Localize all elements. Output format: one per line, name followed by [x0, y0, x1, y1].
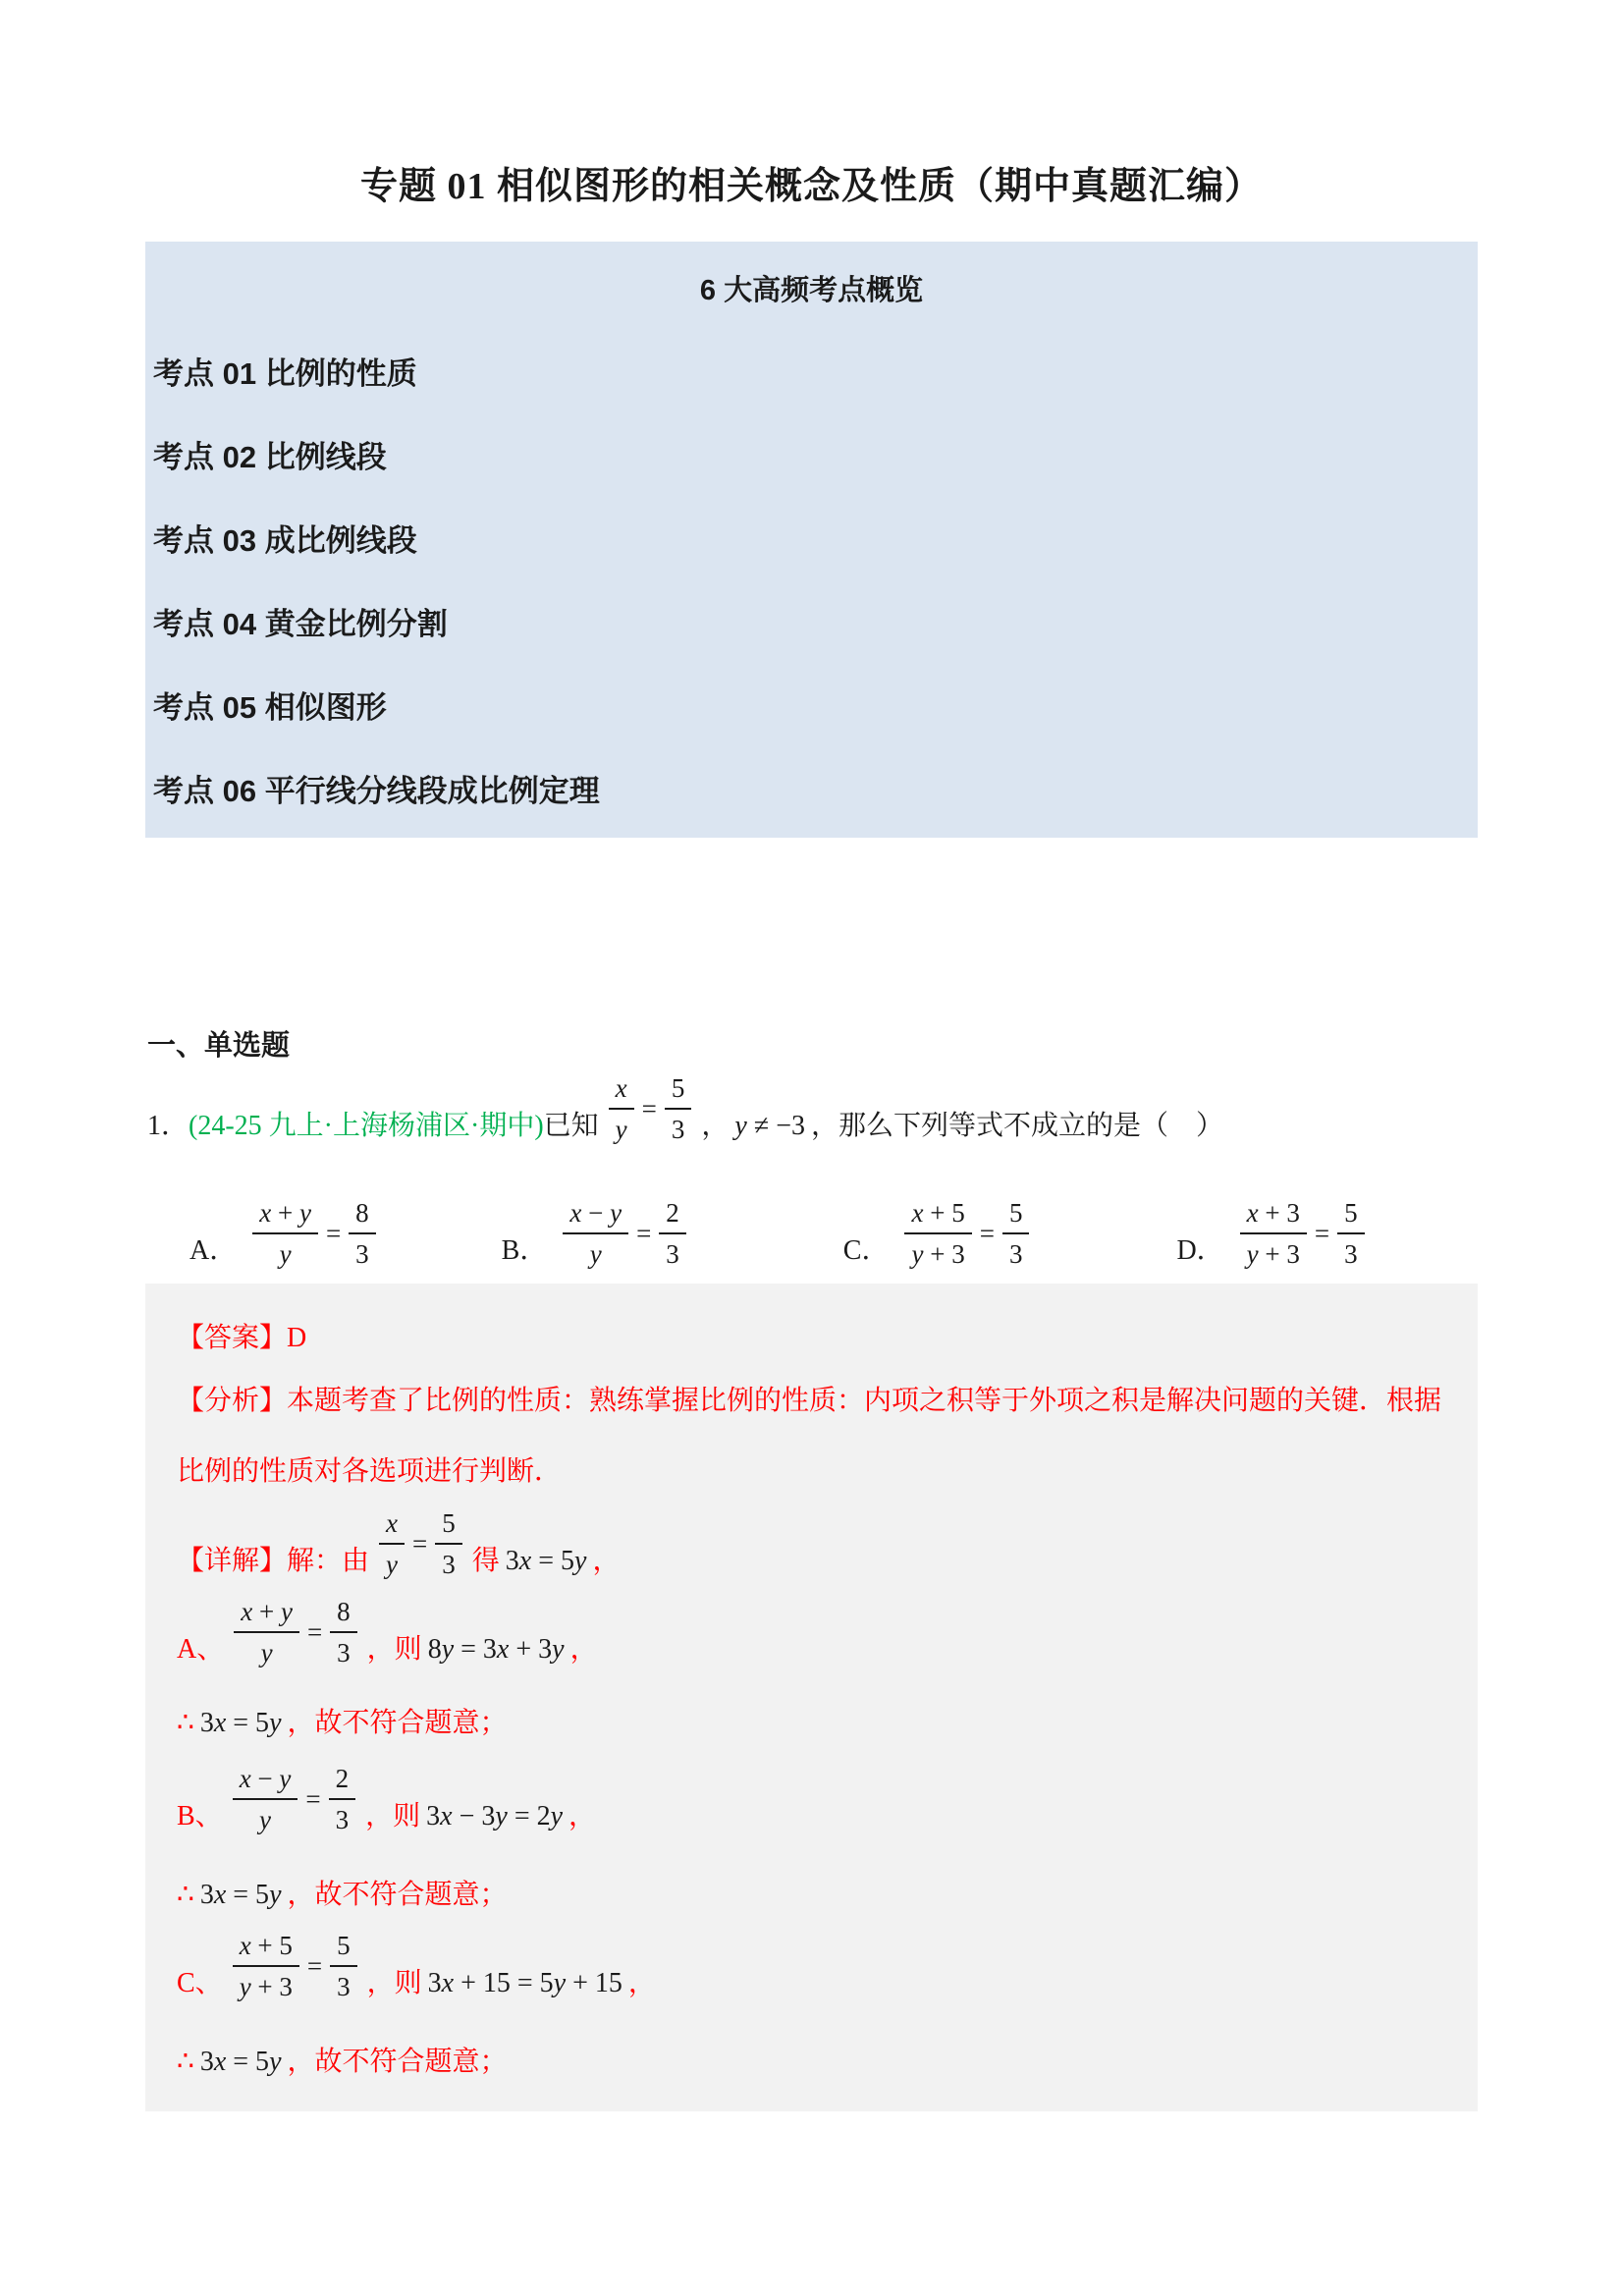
option-a-label: A．	[189, 1231, 237, 1271]
fraction: 5 3	[435, 1506, 462, 1581]
page-title: 专题 01 相似图形的相关概念及性质（期中真题汇编）	[0, 155, 1623, 209]
step-b-equation: 3x − 3y = 2y	[420, 1797, 568, 1836]
fraction-5-over-3: 5 3	[665, 1071, 692, 1146]
fraction-x-over-y: x y	[609, 1071, 634, 1146]
equals-sign: =	[318, 1219, 349, 1249]
overview-item-05: 考点 05 相似图形	[153, 688, 1478, 728]
equals-sign: =	[298, 1779, 328, 1819]
fraction-denominator: 3	[329, 1800, 356, 1836]
fraction: x + 5 y + 3	[233, 1929, 299, 2003]
fraction-denominator: y	[583, 1234, 609, 1271]
fraction: x + 5 y + 3	[904, 1196, 971, 1271]
fraction: 5 3	[1337, 1196, 1365, 1271]
step-a-label: A、	[177, 1630, 224, 1669]
step-c-fraction-equation: x + 5 y + 3 = 5 3	[233, 1929, 357, 2003]
fraction-numerator: 5	[330, 1929, 357, 1967]
overview-item-04: 考点 04 黄金比例分割	[153, 605, 1478, 644]
comma: ，	[701, 1107, 729, 1146]
option-c-label: C．	[843, 1231, 890, 1271]
fraction-numerator: x + 5	[904, 1196, 971, 1234]
fraction-numerator: x − y	[563, 1196, 628, 1234]
fraction: 8 3	[330, 1595, 357, 1669]
fraction-numerator: 5	[665, 1071, 692, 1110]
fraction-numerator: x + y	[234, 1595, 299, 1633]
fraction-numerator: x	[379, 1506, 405, 1545]
step-c-equation: 3x + 15 = 5y + 15	[422, 1964, 628, 2003]
fraction-denominator: 3	[659, 1234, 686, 1271]
answer-label: 【答案】	[177, 1319, 287, 1358]
detail-line: 【详解】 解：由 x y = 5 3 得 3x = 5y ，	[177, 1483, 1458, 1581]
equals-sign: =	[634, 1089, 665, 1128]
fraction-denominator: y	[254, 1633, 280, 1669]
equals-sign: =	[299, 1613, 330, 1652]
option-d-label: D．	[1176, 1231, 1223, 1271]
detail-given-equation: x y = 5 3	[379, 1506, 462, 1581]
fraction: 2 3	[329, 1762, 356, 1836]
equals-sign: =	[628, 1219, 659, 1249]
solution-box: 【答案】 D 【分析】 本题考查了比例的性质：熟练掌握比例的性质：内项之积等于外…	[145, 1284, 1478, 2111]
therefore-symbol: ∴	[177, 2043, 194, 2082]
analysis-text-1: 本题考查了比例的性质：熟练掌握比例的性质：内项之积等于外项之积是解决问题的关键．…	[287, 1382, 1441, 1421]
fraction-denominator: 3	[665, 1110, 692, 1146]
step-a-fraction-equation: x + y y = 8 3	[234, 1595, 356, 1669]
step-c-conclusion: ∴ 3x = 5y ，故不符合题意；	[177, 2039, 1458, 2082]
fraction-numerator: 8	[349, 1196, 376, 1234]
overview-item-02: 考点 02 比例线段	[153, 438, 1478, 477]
step-c-then: ，则	[367, 1964, 422, 2003]
option-c-equation: x + 5 y + 3 = 5 3	[904, 1196, 1029, 1271]
document-page: 专题 01 相似图形的相关概念及性质（期中真题汇编） 6 大高频考点概览 考点 …	[0, 0, 1623, 2296]
analysis-line-1: 【分析】 本题考查了比例的性质：熟练掌握比例的性质：内项之积等于外项之积是解决问…	[177, 1382, 1458, 1421]
section-heading-single-choice: 一、单选题	[147, 1026, 290, 1066]
option-b-label: B．	[502, 1231, 548, 1271]
option-a-equation: x + y y = 8 3	[252, 1196, 375, 1271]
option-b-equation: x − y y = 2 3	[563, 1196, 685, 1271]
step-c-result-equation: 3x = 5y	[194, 2043, 288, 2082]
fraction-denominator: 3	[349, 1234, 376, 1271]
fraction: x + y y	[252, 1196, 318, 1271]
fraction-numerator: x + 5	[233, 1929, 299, 1967]
given-fraction-equation: x y = 5 3	[609, 1071, 692, 1146]
step-c-conclusion-text: ，故不符合题意；	[288, 2043, 508, 2082]
option-d-equation: x + 3 y + 3 = 5 3	[1240, 1196, 1365, 1271]
equals-sign: =	[972, 1219, 1002, 1249]
equals-sign: =	[405, 1524, 435, 1563]
fraction: 5 3	[330, 1929, 357, 2003]
fraction: x − y y	[233, 1762, 298, 1836]
fraction-denominator: y + 3	[233, 1967, 299, 2003]
fraction-numerator: x	[609, 1071, 634, 1110]
equals-sign: =	[1307, 1219, 1337, 1249]
question-tail: ，那么下列等式不成立的是（ ）	[811, 1107, 1223, 1146]
fraction: x − y y	[563, 1196, 628, 1271]
step-a-equation: 8y = 3x + 3y	[422, 1630, 570, 1669]
fraction-denominator: y	[273, 1234, 298, 1271]
fraction-denominator: y + 3	[904, 1234, 971, 1271]
fraction-denominator: y	[252, 1800, 278, 1836]
fraction-numerator: x + y	[252, 1196, 318, 1234]
fraction: 8 3	[349, 1196, 376, 1271]
step-b-fraction-equation: x − y y = 2 3	[233, 1762, 355, 1836]
step-a-result-equation: 3x = 5y	[194, 1704, 288, 1743]
fraction-numerator: 8	[330, 1595, 357, 1633]
fraction-numerator: 5	[1337, 1196, 1365, 1234]
therefore-symbol: ∴	[177, 1704, 194, 1743]
question-1-stem: 1． (24-25 九上·上海杨浦区·期中) 已知 x y = 5 3 ， y …	[147, 1066, 1223, 1146]
option-b: B． x − y y = 2 3	[502, 1196, 696, 1271]
equals-sign: =	[299, 1946, 330, 1986]
overview-box: 6 大高频考点概览 考点 01 比例的性质 考点 02 比例线段 考点 03 成…	[145, 242, 1478, 838]
step-c-label: C、	[177, 1964, 223, 2003]
fraction-denominator: 3	[330, 1967, 357, 2003]
step-b-then: ，则	[365, 1797, 420, 1836]
fraction-numerator: x + 3	[1240, 1196, 1307, 1234]
fraction-denominator: 3	[1002, 1234, 1030, 1271]
answer-value: D	[287, 1319, 306, 1358]
step-a-line: A、 x + y y = 8 3 ，则 8y = 3x + 3y ，	[177, 1571, 1458, 1669]
fraction-numerator: 2	[329, 1762, 356, 1800]
fraction: x + y y	[234, 1595, 299, 1669]
fraction-numerator: x − y	[233, 1762, 298, 1800]
question-source: (24-25 九上·上海杨浦区·期中)	[189, 1107, 544, 1146]
step-a-conclusion-text: ，故不符合题意；	[288, 1704, 508, 1743]
step-c-line: C、 x + 5 y + 3 = 5 3 ，则 3x + 15 = 5y + 1…	[177, 1905, 1458, 2003]
fraction-denominator: y + 3	[1240, 1234, 1307, 1271]
fraction: 5 3	[1002, 1196, 1030, 1271]
overview-item-06: 考点 06 平行线分线段成比例定理	[153, 772, 1478, 811]
step-b-line: B、 x − y y = 2 3 ，则 3x − 3y = 2y ，	[177, 1738, 1458, 1836]
options-row: A． x + y y = 8 3 B． x − y y =	[147, 1176, 1375, 1271]
question-lead: 已知	[544, 1107, 599, 1146]
overview-item-01: 考点 01 比例的性质	[153, 355, 1478, 394]
fraction-denominator: 3	[330, 1633, 357, 1669]
fraction: x + 3 y + 3	[1240, 1196, 1307, 1271]
overview-item-03: 考点 03 成比例线段	[153, 521, 1478, 561]
analysis-label: 【分析】	[177, 1382, 287, 1421]
overview-heading: 6 大高频考点概览	[145, 271, 1478, 310]
fraction-denominator: 3	[1337, 1234, 1365, 1271]
comma: ，	[570, 1630, 598, 1669]
fraction-numerator: 5	[435, 1506, 462, 1545]
step-b-label: B、	[177, 1797, 223, 1836]
question-number: 1．	[147, 1107, 189, 1146]
comma: ，	[628, 1964, 656, 2003]
answer-line: 【答案】 D	[177, 1319, 1458, 1358]
option-d: D． x + 3 y + 3 = 5 3	[1176, 1196, 1374, 1271]
comma: ，	[568, 1797, 596, 1836]
fraction-denominator: y	[609, 1110, 634, 1146]
fraction: x y	[379, 1506, 405, 1581]
step-a-conclusion: ∴ 3x = 5y ，故不符合题意；	[177, 1700, 1458, 1743]
fraction: 2 3	[659, 1196, 686, 1271]
option-c: C． x + 5 y + 3 = 5 3	[843, 1196, 1040, 1271]
fraction-numerator: 2	[659, 1196, 686, 1234]
fraction-numerator: 5	[1002, 1196, 1030, 1234]
step-a-then: ，则	[367, 1630, 422, 1669]
condition-y-not-equal: y ≠ −3	[729, 1107, 811, 1146]
option-a: A． x + y y = 8 3	[189, 1196, 386, 1271]
